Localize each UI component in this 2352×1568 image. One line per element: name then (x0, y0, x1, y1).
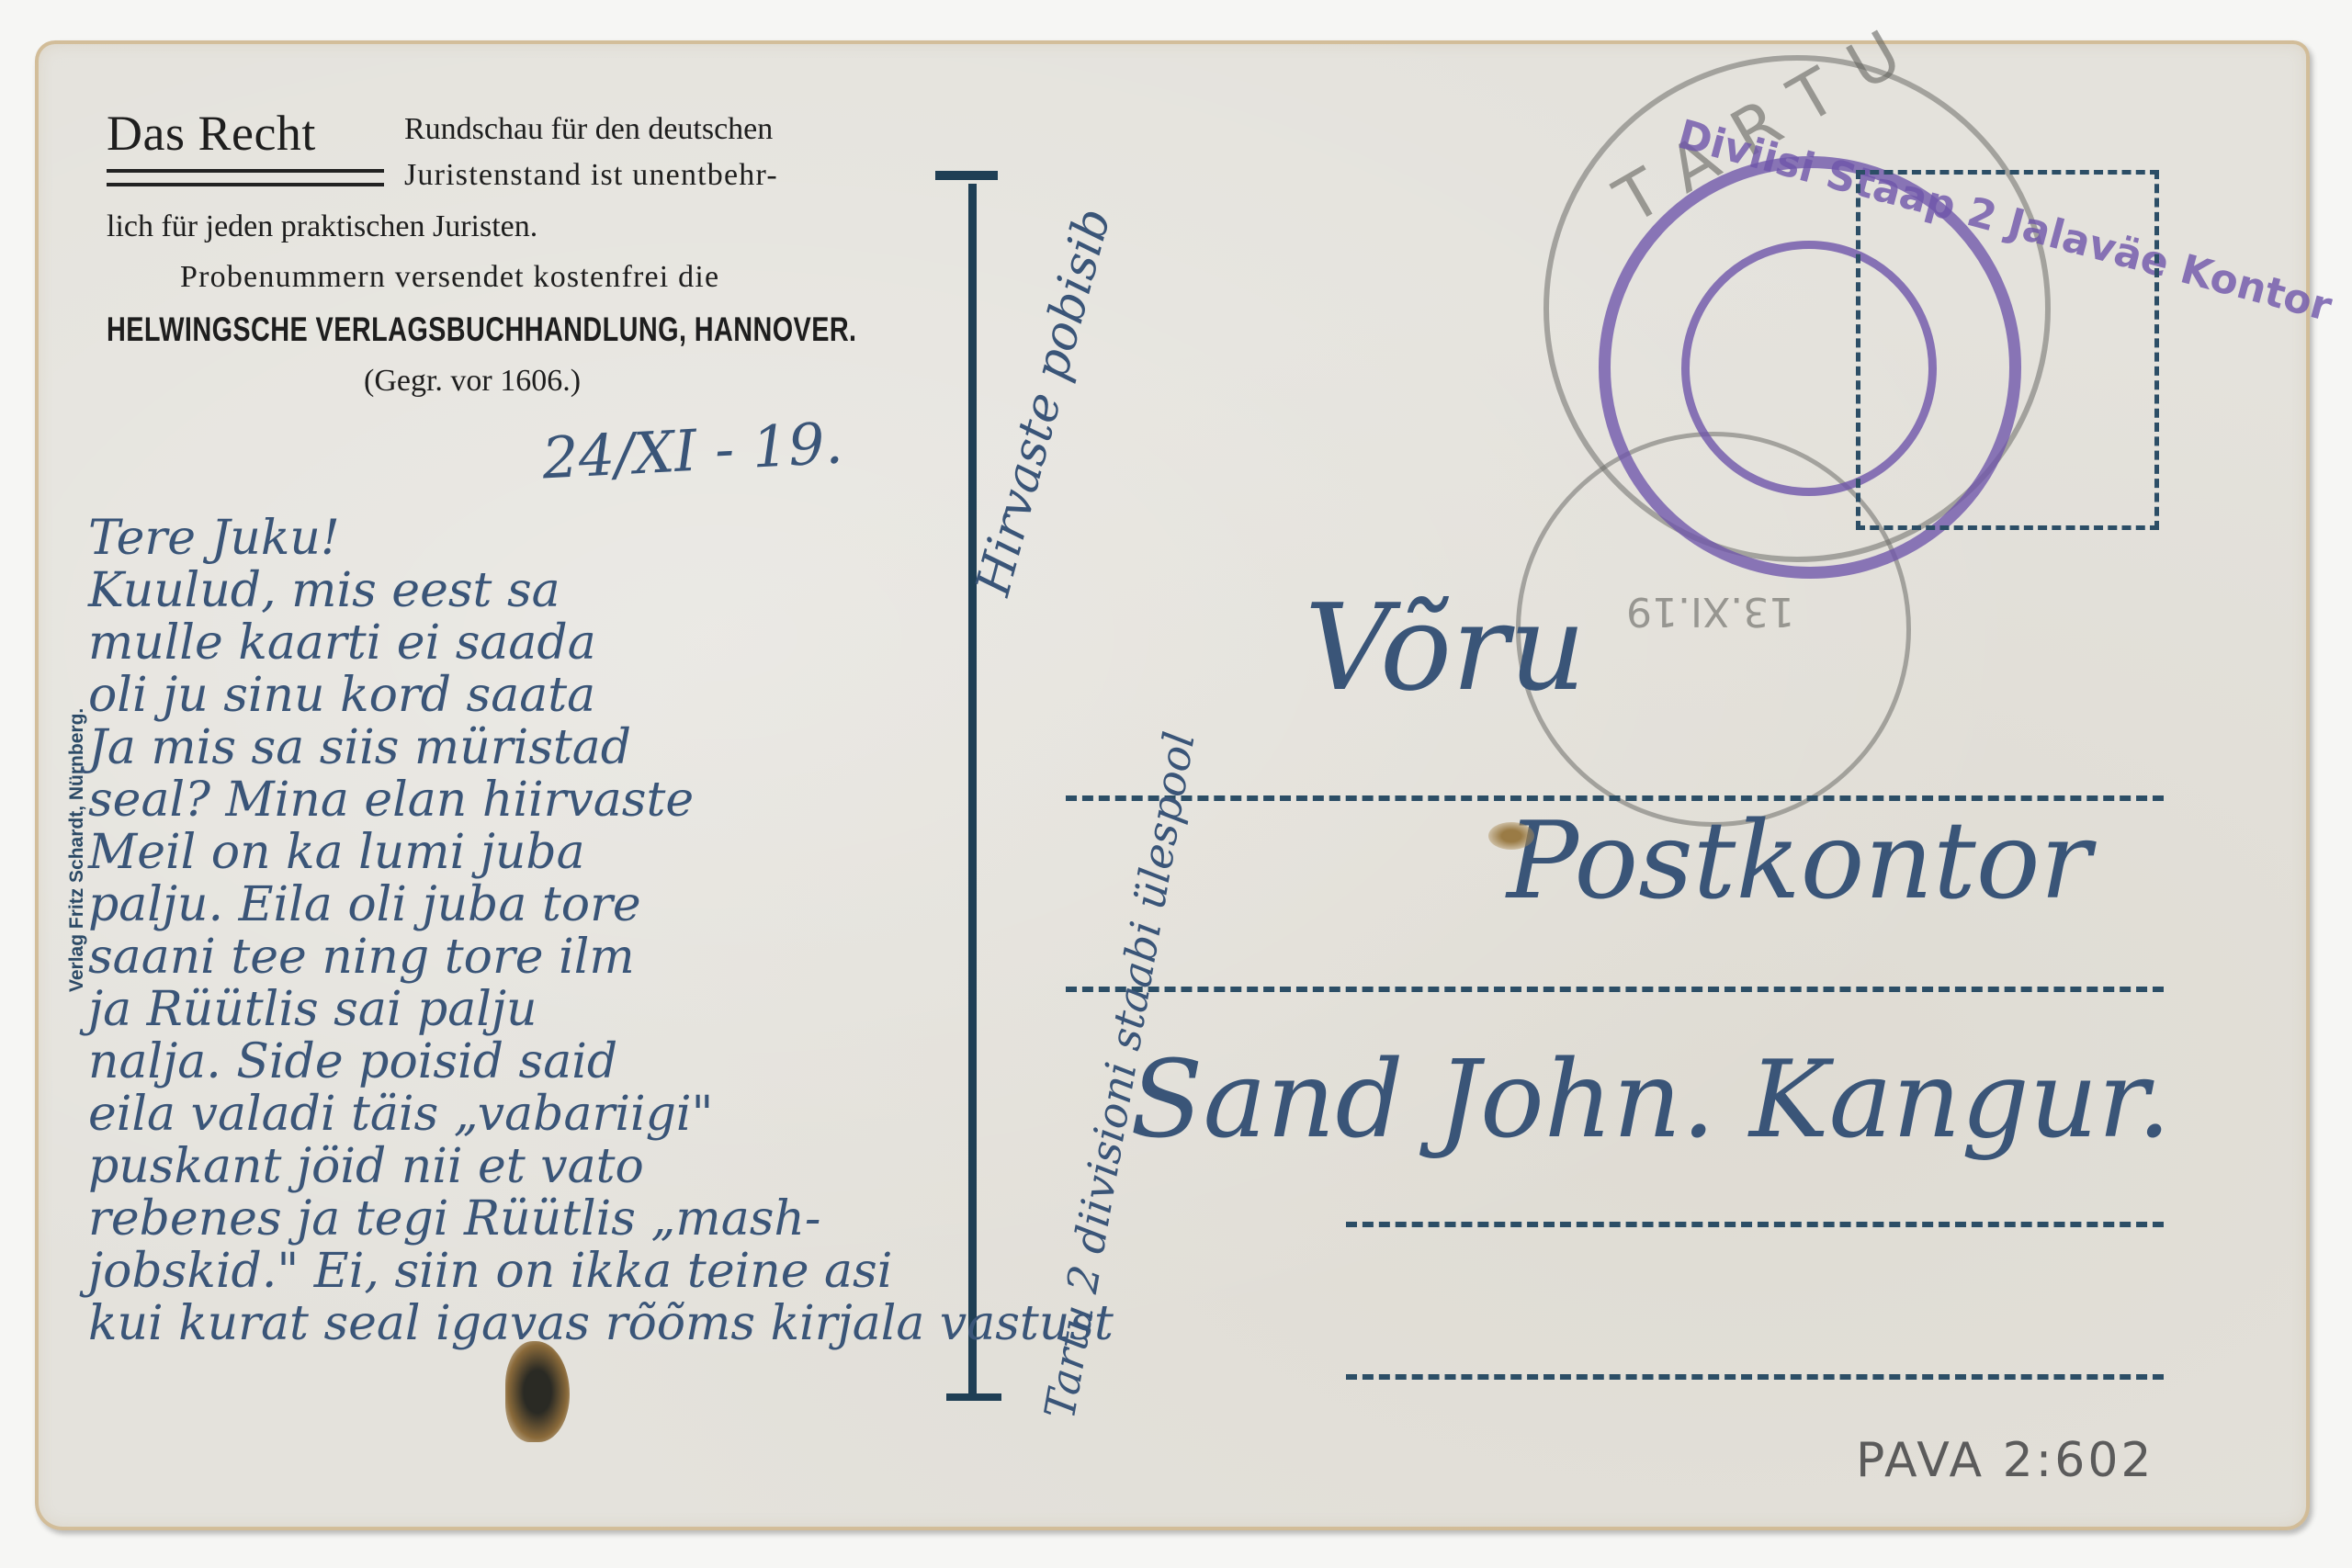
paper-stain (1488, 822, 1534, 850)
letter-line: jobskid." Ei, siin on ikka teine asi (88, 1247, 1114, 1300)
publisher-name: HELWINGSCHE VERLAGSBUCHHANDLUNG, HANNOVE… (107, 312, 856, 346)
founded-note: (Gegr. vor 1606.) (364, 366, 581, 397)
letter-line: palju. Eila oli juba tore (88, 881, 1114, 933)
ad-text-line: Juristenstand ist unentbehr- (404, 160, 778, 191)
letter-line: Tere Juku! (88, 514, 1114, 567)
letter-date: 24/XI - 19. (541, 414, 844, 487)
stamp-placeholder-box (1856, 170, 2159, 530)
letter-line: saani tee ning tore ilm (88, 933, 1114, 986)
address-line (1066, 987, 2164, 992)
ad-text-line: Rundschau für den deutschen (404, 114, 773, 145)
letter-line: mulle kaarti ei saada (88, 619, 1114, 671)
divider-cap-bottom (946, 1393, 1001, 1401)
brand-underline (107, 169, 384, 173)
ink-blot-stain (505, 1341, 570, 1442)
letter-line: eila valadi täis „vabariigi" (88, 1090, 1114, 1143)
address-city: Võru (1305, 588, 1586, 707)
archive-reference: PAVA 2:602 (1856, 1433, 2154, 1488)
letter-line: Kuulud, mis eest sa (88, 567, 1114, 619)
brand-title: Das Recht (107, 108, 316, 158)
address-line (1346, 1374, 2164, 1380)
letter-line: Meil on ka lumi juba (88, 829, 1114, 881)
letter-line: nalja. Side poisid said (88, 1038, 1114, 1090)
letter-line: oli ju sinu kord saata (88, 671, 1114, 724)
letter-body: Tere Juku! Kuulud, mis eest sa mulle kaa… (88, 514, 1114, 1352)
address-recipient: Sand John. Kangur. (1130, 1047, 2171, 1154)
address-office: Postkontor (1507, 808, 2091, 915)
publisher-imprint: Verlag Fritz Schardt, Nürnberg. (66, 708, 88, 992)
letter-line: seal? Mina elan hiirvaste (88, 776, 1114, 829)
letter-line: kui kurat seal igavas rõõms kirjala vast… (88, 1300, 1114, 1352)
divider-cap-top (935, 171, 998, 180)
brand-underline (107, 183, 384, 186)
postmark-date: 13.XI.19 (1626, 588, 1794, 635)
letter-line: Ja mis sa siis müristad (88, 724, 1114, 776)
letter-line: ja Rüütlis sai palju (88, 986, 1114, 1038)
address-line (1346, 1222, 2164, 1227)
ad-text-line: lich für jeden praktischen Juristen. (107, 211, 537, 243)
ad-text-line: Probenummern versendet kostenfrei die (180, 262, 719, 293)
letter-line: rebenes ja tegi Rüütlis „mash- (88, 1195, 1114, 1247)
letter-line: puskant jöid nii et vato (88, 1143, 1114, 1195)
